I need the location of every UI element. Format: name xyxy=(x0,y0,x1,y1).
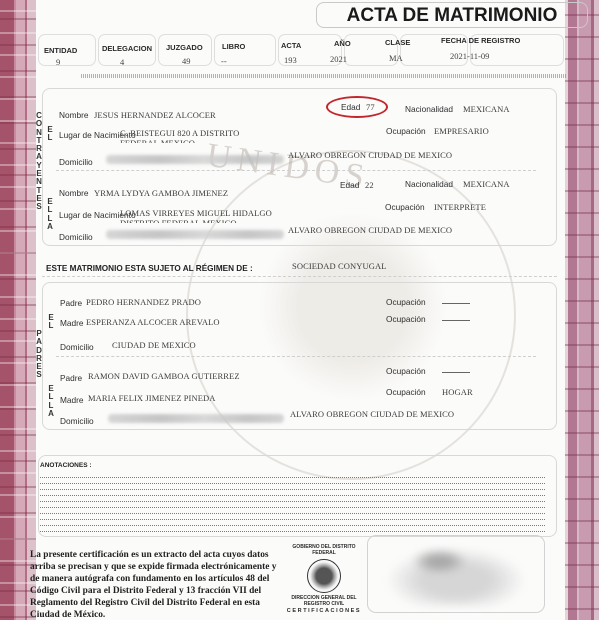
value-lugar-ella: LOMAS VIRREYES MIGUEL HIDALGO DISTRITO F… xyxy=(120,208,300,223)
label-clase: CLASE xyxy=(385,38,410,47)
label-madre-el: Madre xyxy=(60,318,84,328)
label-nombre-el: Nombre xyxy=(59,110,89,120)
label-nacionalidad-ella: Nacionalidad xyxy=(405,179,453,189)
seal-bottom-text: DIRECCION GENERAL DEL REGISTRO CIVIL xyxy=(283,595,365,607)
label-anio: AÑO xyxy=(334,39,351,48)
label-domicilio-padres-el: Domicilio xyxy=(60,342,94,352)
empty-ocupacion-padre-ella xyxy=(442,372,470,373)
redacted-address-ella xyxy=(106,230,284,239)
redacted-signature xyxy=(374,542,538,606)
label-ocupacion-padre-ella: Ocupación xyxy=(386,366,426,376)
label-acta: ACTA xyxy=(281,41,301,50)
value-domicilio-padres-el: CIUDAD DE MEXICO xyxy=(112,340,196,350)
label-domicilio-el: Domicilio xyxy=(59,157,93,167)
label-nombre-ella: Nombre xyxy=(59,188,89,198)
official-seal: GOBIERNO DEL DISTRITO FEDERAL DIRECCION … xyxy=(283,544,365,614)
label-ocupacion-el: Ocupación xyxy=(386,126,426,136)
document-title: ACTA DE MATRIMONIO xyxy=(316,2,588,28)
value-nacionalidad-el: MEXICANA xyxy=(463,104,510,114)
label-anotaciones: ANOTACIONES : xyxy=(40,462,92,469)
label-ocupacion-ella: Ocupación xyxy=(385,202,425,212)
decorative-border-left xyxy=(0,0,36,620)
value-edad-ella: 22 xyxy=(365,180,374,190)
side-label-contrayentes: CONTRAYENTES xyxy=(35,112,43,212)
value-edad-el: 77 xyxy=(366,102,375,112)
certificate-paper: UNIDOS ACTA DE MATRIMONIO ENTIDAD 9 DELE… xyxy=(36,0,565,620)
label-fecha-registro: FECHA DE REGISTRO xyxy=(441,36,520,45)
value-nacionalidad-ella: MEXICANA xyxy=(463,179,510,189)
seal-top-text: GOBIERNO DEL DISTRITO FEDERAL xyxy=(283,544,365,556)
label-domicilio-ella: Domicilio xyxy=(59,232,93,242)
value-anio: 2021 xyxy=(330,54,347,64)
label-nacionalidad-el: Nacionalidad xyxy=(405,104,453,114)
value-ocupacion-el: EMPRESARIO xyxy=(434,126,489,136)
value-acta: 193 xyxy=(284,55,297,65)
label-libro: LIBRO xyxy=(222,42,245,51)
label-madre-ella: Madre xyxy=(60,395,84,405)
value-padre-el: PEDRO HERNANDEZ PRADO xyxy=(86,297,201,307)
value-domicilio-ella: ALVARO OBREGON CIUDAD DE MEXICO xyxy=(288,225,452,235)
value-entidad: 9 xyxy=(56,57,60,67)
label-domicilio-padres-ella: Domicilio xyxy=(60,416,94,426)
value-domicilio-el: ALVARO OBREGON CIUDAD DE MEXICO xyxy=(288,150,452,160)
value-juzgado: 49 xyxy=(182,56,191,66)
label-ocupacion-padre-el: Ocupación xyxy=(386,297,426,307)
label-regimen: ESTE MATRIMONIO ESTA SUJETO AL RÉGIMEN D… xyxy=(46,264,253,273)
label-entidad: ENTIDAD xyxy=(44,46,77,55)
label-ocupacion-madre-el: Ocupación xyxy=(386,314,426,324)
coat-of-arms-icon xyxy=(307,559,341,593)
security-microtext: REGISTRO CIVIL REGISTRO CIVIL REGISTRO C… xyxy=(81,74,566,78)
side-label-el: EL xyxy=(46,126,54,143)
redacted-address-padres-ella xyxy=(108,414,284,423)
label-padre-ella: Padre xyxy=(60,373,82,383)
signature-box xyxy=(367,535,545,613)
separator xyxy=(42,276,557,277)
value-domicilio-padres-ella: ALVARO OBREGON CIUDAD DE MEXICO xyxy=(290,409,454,419)
empty-ocupacion-madre-el xyxy=(442,320,470,321)
side-label-ella: ELLA xyxy=(46,198,54,231)
value-ocupacion-ella: INTERPRETE xyxy=(434,202,486,212)
value-nombre-el: JESUS HERNANDEZ ALCOCER xyxy=(94,110,216,120)
value-padre-ella: RAMON DAVID GAMBOA GUTIERREZ xyxy=(88,371,240,381)
value-lugar-el: C. BEISTEGUI 820 A DISTRITO FEDERAL MEXI… xyxy=(120,128,275,143)
value-libro: -- xyxy=(221,56,227,66)
value-madre-el: ESPERANZA ALCOCER AREVALO xyxy=(86,317,220,327)
label-padre-el: Padre xyxy=(60,298,82,308)
side-label-padres-ella: ELLA xyxy=(47,385,55,418)
label-delegacion: DELEGACION xyxy=(102,44,152,53)
label-juzgado: JUZGADO xyxy=(166,43,203,52)
separator xyxy=(56,356,536,357)
separator xyxy=(56,170,536,171)
value-delegacion: 4 xyxy=(120,57,124,67)
label-edad-el: Edad xyxy=(341,102,360,112)
value-clase: MA xyxy=(389,53,403,63)
seal-cert-text: CERTIFICACIONES xyxy=(283,608,365,614)
value-ocupacion-madre-ella: HOGAR xyxy=(442,387,473,397)
empty-ocupacion-padre-el xyxy=(442,303,470,304)
certification-text: La presente certificación es un extracto… xyxy=(30,549,280,620)
redacted-address-el xyxy=(106,155,284,164)
label-edad-ella: Edad xyxy=(340,180,359,190)
anotaciones-lines xyxy=(40,472,545,534)
side-label-padres: PADRES xyxy=(35,330,43,380)
value-nombre-ella: YRMA LYDYA GAMBOA JIMENEZ xyxy=(94,188,228,198)
value-fecha-registro: 2021-11-09 xyxy=(450,51,489,61)
decorative-border-right xyxy=(565,0,599,620)
value-madre-ella: MARIA FELIX JIMENEZ PINEDA xyxy=(88,393,216,403)
value-regimen: SOCIEDAD CONYUGAL xyxy=(292,261,387,271)
label-ocupacion-madre-ella: Ocupación xyxy=(386,387,426,397)
side-label-padres-el: EL xyxy=(47,314,55,331)
